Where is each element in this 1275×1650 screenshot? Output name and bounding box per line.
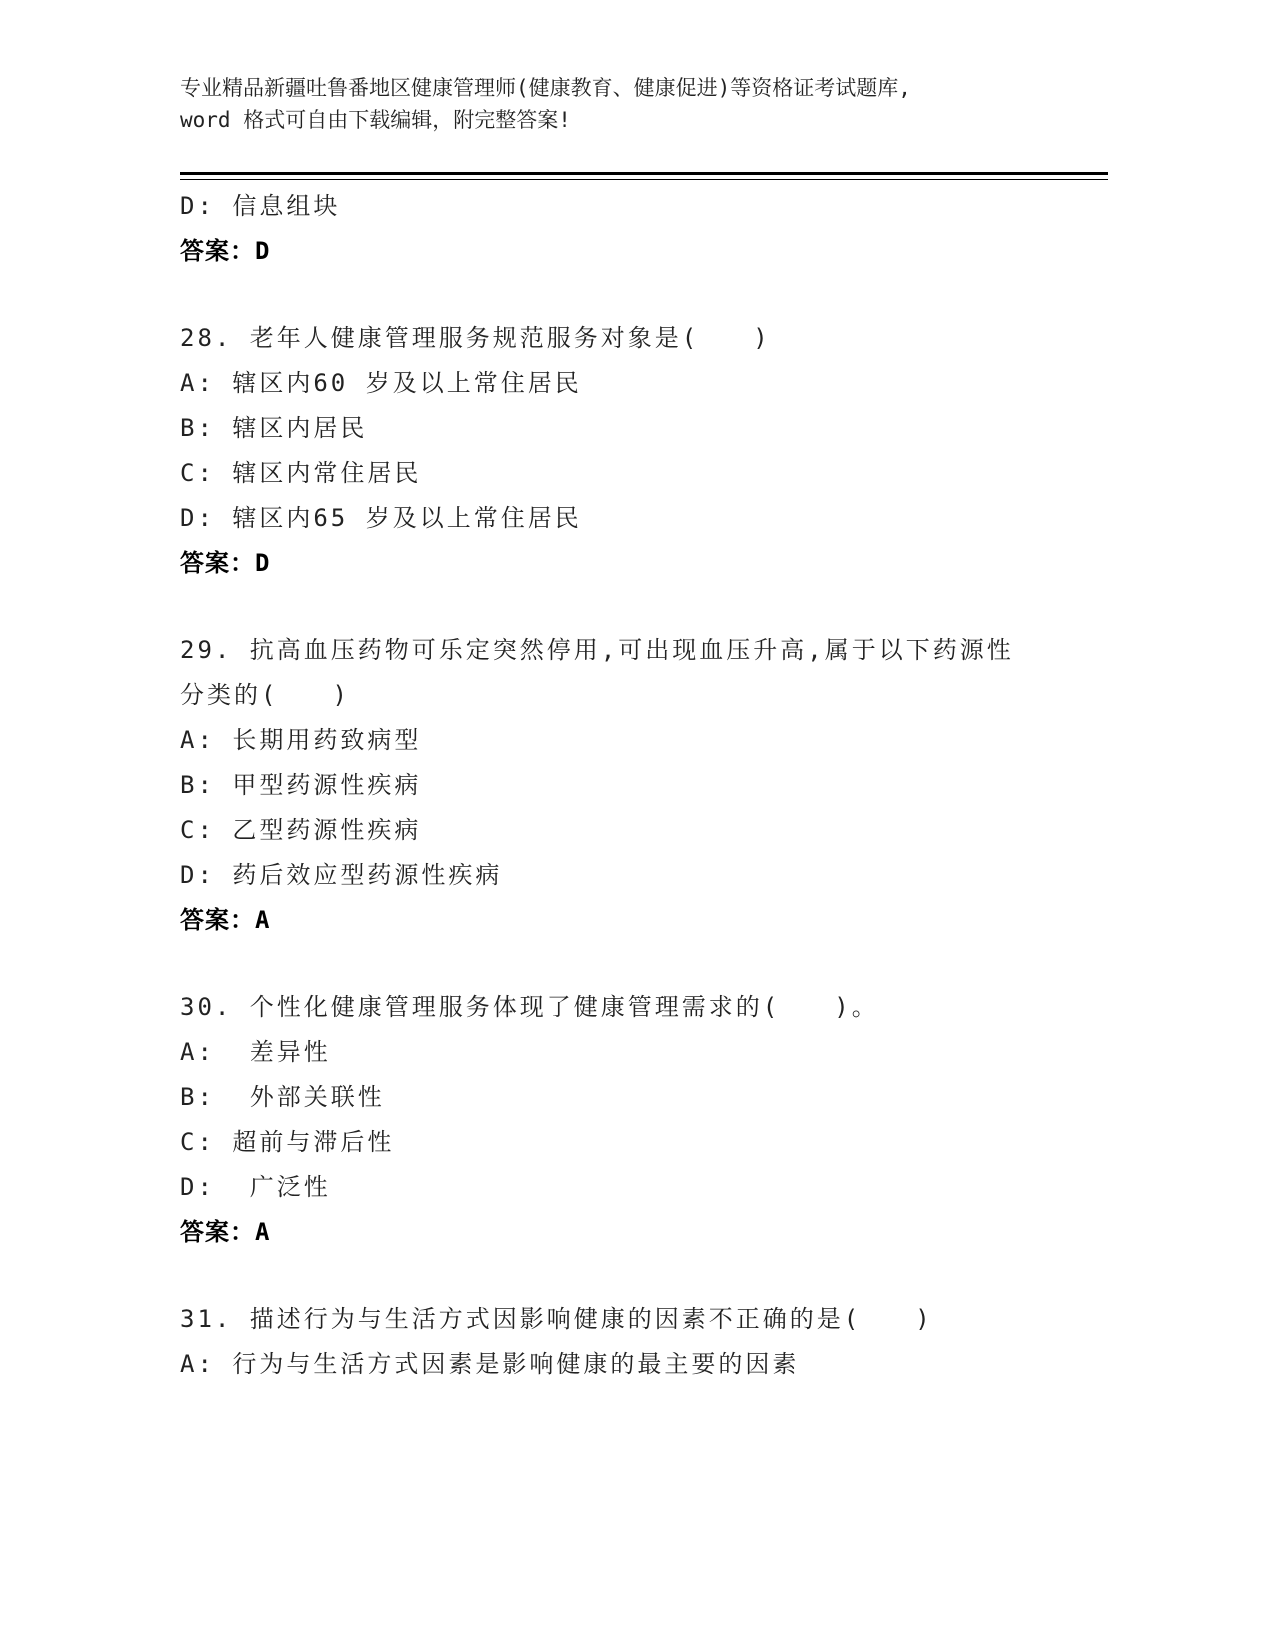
answer: 答案：D [180,229,1110,274]
option-b: B: 外部关联性 [180,1075,1110,1120]
question-29: 29. 抗高血压药物可乐定突然停用,可出现血压升高,属于以下药源性 分类的( )… [180,628,1110,943]
answer: 答案：D [180,541,1110,586]
question-stem: 29. 抗高血压药物可乐定突然停用,可出现血压升高,属于以下药源性 [180,628,1110,673]
answer: 答案：A [180,898,1110,943]
question-stem: 28. 老年人健康管理服务规范服务对象是( ) [180,316,1110,361]
option-c: C: 乙型药源性疾病 [180,808,1110,853]
header-line-2: word 格式可自由下载编辑，附完整答案! [180,104,1110,136]
option-a: A: 辖区内60 岁及以上常住居民 [180,361,1110,406]
question-28: 28. 老年人健康管理服务规范服务对象是( ) A: 辖区内60 岁及以上常住居… [180,316,1110,586]
header-line-1: 专业精品新疆吐鲁番地区健康管理师(健康教育、健康促进)等资格证考试题库, [180,72,1110,104]
question-stem: 31. 描述行为与生活方式因影响健康的因素不正确的是( ) [180,1297,1110,1342]
document-body: D: 信息组块 答案：D 28. 老年人健康管理服务规范服务对象是( ) A: … [180,184,1110,1387]
option-a: A: 长期用药致病型 [180,718,1110,763]
question-30: 30. 个性化健康管理服务体现了健康管理需求的( )。 A: 差异性 B: 外部… [180,985,1110,1255]
option-c: C: 辖区内常住居民 [180,451,1110,496]
header-rule-thin [180,179,1108,180]
option-d: D: 辖区内65 岁及以上常住居民 [180,496,1110,541]
option-d: D: 药后效应型药源性疾病 [180,853,1110,898]
question-31: 31. 描述行为与生活方式因影响健康的因素不正确的是( ) A: 行为与生活方式… [180,1297,1110,1387]
option-d: D: 广泛性 [180,1165,1110,1210]
header-rule-thick [180,172,1108,175]
answer: 答案：A [180,1210,1110,1255]
option-b: B: 辖区内居民 [180,406,1110,451]
option-b: B: 甲型药源性疾病 [180,763,1110,808]
option-a: A: 行为与生活方式因素是影响健康的最主要的因素 [180,1342,1110,1387]
document-header: 专业精品新疆吐鲁番地区健康管理师(健康教育、健康促进)等资格证考试题库, wor… [180,72,1110,136]
option-a: A: 差异性 [180,1030,1110,1075]
option-d: D: 信息组块 [180,184,1110,229]
question-stem: 30. 个性化健康管理服务体现了健康管理需求的( )。 [180,985,1110,1030]
question-stem-cont: 分类的( ) [180,673,1110,718]
option-c: C: 超前与滞后性 [180,1120,1110,1165]
